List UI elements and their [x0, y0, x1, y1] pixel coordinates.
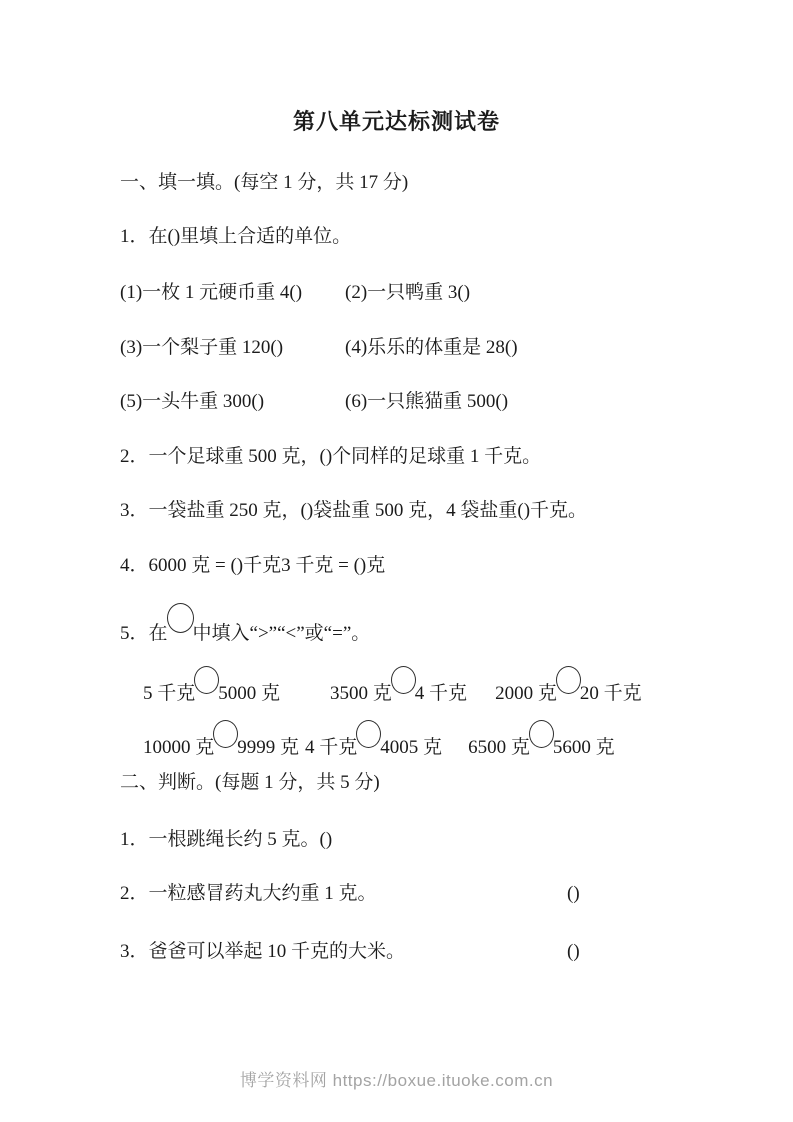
comparison-group: 10000 克9999 克: [143, 720, 299, 760]
comparison-group: 2000 克20 千克: [495, 666, 642, 706]
footer: 博学资料网 https://boxue.ituoke.com.cn: [0, 1070, 793, 1091]
q1-subitem-row-2: (3)一个梨子重 120()(4)乐乐的体重是 28(): [120, 336, 518, 360]
answer-paren: (): [567, 940, 580, 964]
comparison-left: 10000 克: [143, 737, 214, 758]
q1-sub-1: (1)一枚 1 元硬币重 4(): [120, 281, 345, 305]
q1-subitem-row-3: (5)一头牛重 300()(6)一只熊猫重 500(): [120, 390, 508, 414]
comparison-left: 2000 克: [495, 683, 557, 704]
empty-comparison-circle-icon: [529, 720, 554, 748]
q1-sub-2: (2)一只鸭重 3(): [345, 282, 470, 303]
empty-comparison-circle-icon: [556, 666, 581, 694]
section2-header: 二、判断。(每题 1 分，共 5 分): [120, 771, 380, 795]
q1-sub-4: (4)乐乐的体重是 28(): [345, 337, 518, 358]
comparison-right: 9999 克: [237, 737, 299, 758]
footer-link[interactable]: 博学资料网 https://boxue.ituoke.com.cn: [240, 1071, 553, 1090]
q5-text: 5．在中填入“>”“<”或“=”。: [120, 611, 370, 646]
section1-header: 一、填一填。(每空 1 分，共 17 分): [120, 171, 408, 195]
judge-item-1: 1．一根跳绳长约 5 克。(): [120, 828, 332, 852]
judge-item-3: 3．爸爸可以举起 10 千克的大米。 (): [120, 940, 405, 964]
q4-text: 4．6000 克 = ()千克3 千克 = ()克: [120, 554, 385, 578]
q5-comparison-row-2: 10000 克9999 克4 千克4005 克6500 克5600 克: [143, 720, 615, 760]
comparison-group: 6500 克5600 克: [468, 720, 615, 760]
comparison-group: 4 千克4005 克: [305, 720, 442, 760]
q2-text: 2．一个足球重 500 克，()个同样的足球重 1 千克。: [120, 445, 541, 469]
page-title: 第八单元达标测试卷: [0, 108, 793, 136]
comparison-left: 3500 克: [330, 683, 392, 704]
judge-item-text: 2．一粒感冒药丸大约重 1 克。: [120, 883, 377, 904]
comparison-right: 4005 克: [380, 737, 442, 758]
answer-paren: (): [567, 882, 580, 906]
q5-prefix: 5．在: [120, 623, 168, 644]
q3-text: 3．一袋盐重 250 克，()袋盐重 500 克，4 袋盐重()千克。: [120, 499, 587, 523]
q1-subitem-row-1: (1)一枚 1 元硬币重 4()(2)一只鸭重 3(): [120, 281, 470, 305]
test-paper-page: 第八单元达标测试卷 一、填一填。(每空 1 分，共 17 分) 1．在()里填上…: [0, 0, 793, 1122]
empty-comparison-circle-icon: [356, 720, 381, 748]
comparison-right: 4 千克: [415, 683, 467, 704]
comparison-right: 5000 克: [218, 683, 280, 704]
comparison-left: 5 千克: [143, 683, 195, 704]
q1-sub-3: (3)一个梨子重 120(): [120, 336, 345, 360]
q5-comparison-row-1: 5 千克5000 克3500 克4 千克2000 克20 千克: [143, 666, 642, 706]
empty-comparison-circle-icon: [194, 666, 219, 694]
comparison-right: 20 千克: [580, 683, 642, 704]
q1-text: 1．在()里填上合适的单位。: [120, 225, 351, 249]
q1-sub-5: (5)一头牛重 300(): [120, 390, 345, 414]
comparison-group: 5 千克5000 克: [143, 666, 280, 706]
judge-item-text: 3．爸爸可以举起 10 千克的大米。: [120, 941, 405, 962]
comparison-left: 4 千克: [305, 737, 357, 758]
judge-item-2: 2．一粒感冒药丸大约重 1 克。 (): [120, 882, 377, 906]
q5-suffix: 中填入“>”“<”或“=”。: [193, 623, 371, 644]
empty-comparison-circle-icon: [391, 666, 416, 694]
comparison-group: 3500 克4 千克: [330, 666, 467, 706]
empty-comparison-circle-icon: [167, 603, 194, 633]
comparison-left: 6500 克: [468, 737, 530, 758]
empty-comparison-circle-icon: [213, 720, 238, 748]
q1-sub-6: (6)一只熊猫重 500(): [345, 391, 508, 412]
comparison-right: 5600 克: [553, 737, 615, 758]
